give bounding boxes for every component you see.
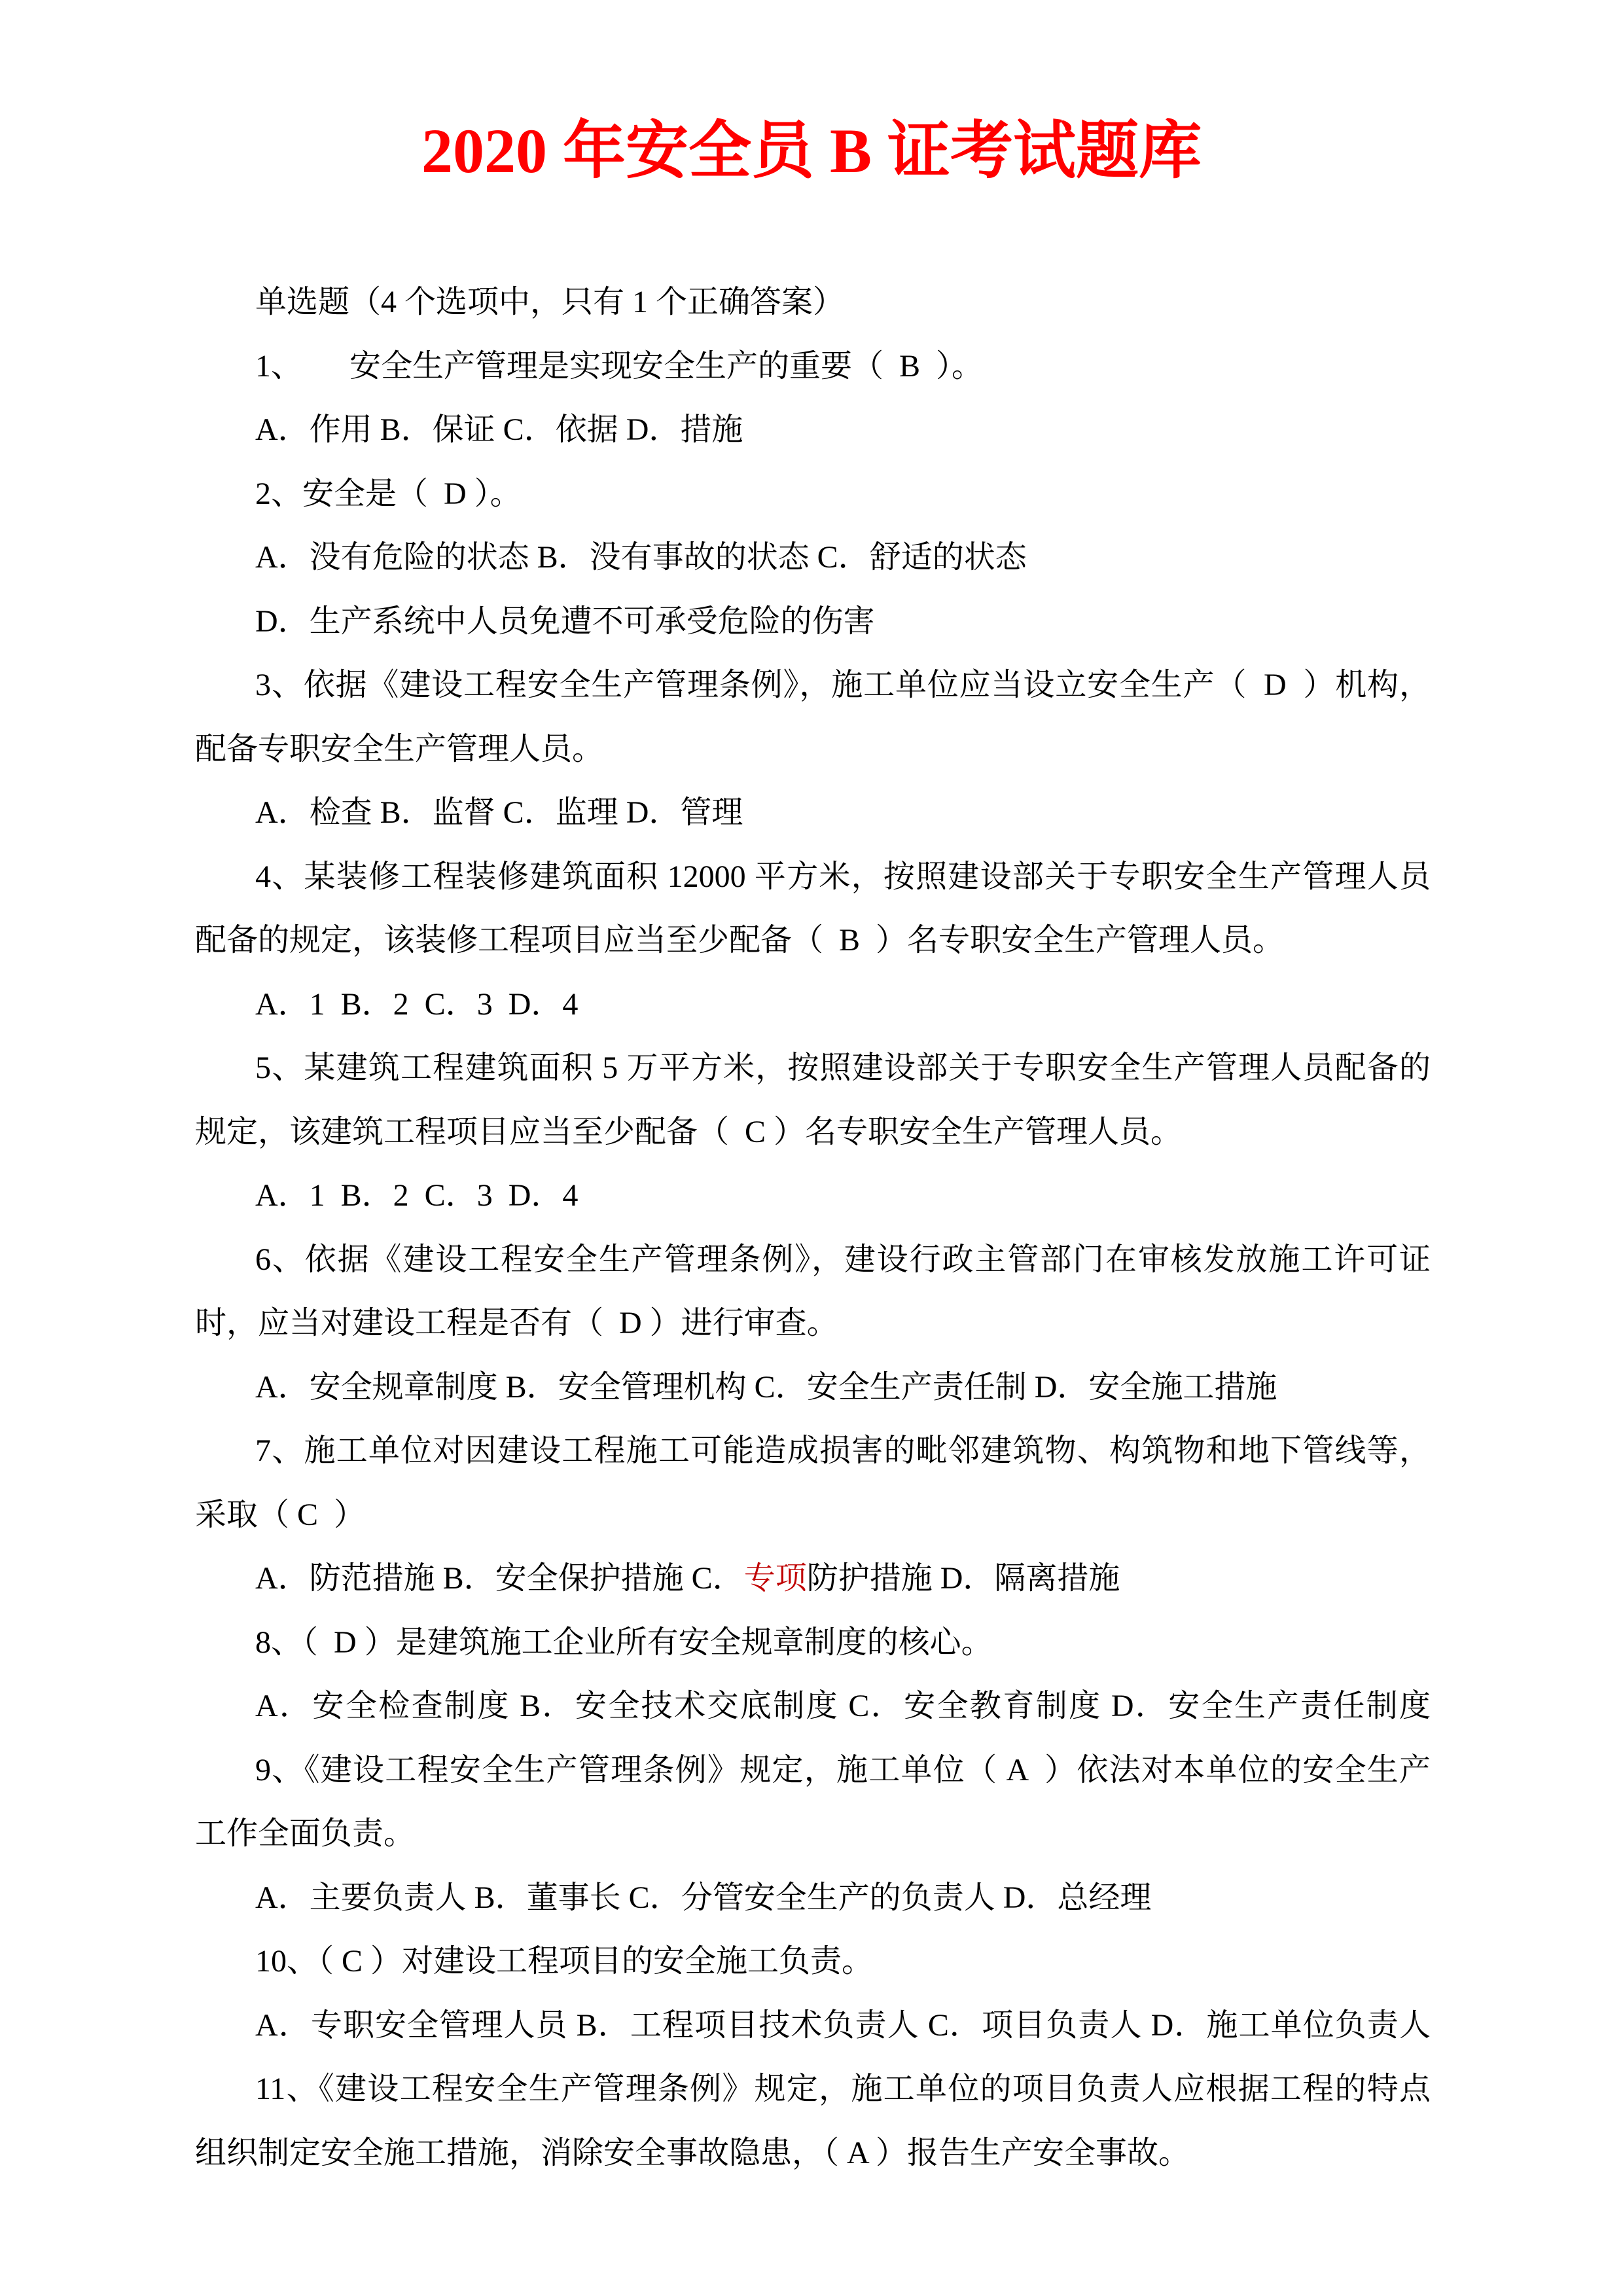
text-line: A．作用 B．保证 C．依据 D．措施 xyxy=(195,398,1431,462)
text-line: 规定，该建筑工程项目应当至少配备（ C ）名专职安全生产管理人员。 xyxy=(195,1100,1431,1164)
document-title: 2020 年安全员 B 证考试题库 xyxy=(0,117,1623,186)
text-line: 3、依据《建设工程安全生产管理条例》，施工单位应当设立安全生产（ D ）机构， xyxy=(195,653,1431,717)
text-line: A．1 B．2 C．3 D．4 xyxy=(195,1164,1431,1228)
text-line: A．没有危险的状态 B．没有事故的状态 C．舒适的状态 xyxy=(195,526,1431,590)
text-lines: 单选题（4 个选项中，只有 1 个正确答案）1、 安全生产管理是实现安全生产的重… xyxy=(195,270,1431,2185)
text-line: 组织制定安全施工措施，消除安全事故隐患，（ A ）报告生产安全事故。 xyxy=(195,2121,1431,2185)
text-line: 1、 安全生产管理是实现安全生产的重要（ B ）。 xyxy=(195,334,1431,399)
highlighted-text: 专项 xyxy=(744,1561,807,1596)
text-line: 时，应当对建设工程是否有（ D ）进行审查。 xyxy=(195,1291,1431,1355)
text-line: 配备专职安全生产管理人员。 xyxy=(195,717,1431,781)
exam-document-page: 2020 年安全员 B 证考试题库 单选题（4 个选项中，只有 1 个正确答案）… xyxy=(0,0,1623,2296)
text-line: 单选题（4 个选项中，只有 1 个正确答案） xyxy=(195,270,1431,334)
text-line: 7、施工单位对因建设工程施工可能造成损害的毗邻建筑物、构筑物和地下管线等， xyxy=(195,1419,1431,1483)
text-line: A．专职安全管理人员 B．工程项目技术负责人 C．项目负责人 D．施工单位负责人 xyxy=(195,1994,1431,2058)
text-line: 2、安全是（ D ）。 xyxy=(195,462,1431,526)
text-line: 10、（ C ）对建设工程项目的安全施工负责。 xyxy=(195,1929,1431,1994)
text-line: A．防范措施 B．安全保护措施 C．专项防护措施 D．隔离措施 xyxy=(195,1547,1431,1611)
text-line: A．检查 B．监督 C．监理 D．管理 xyxy=(195,781,1431,845)
text-line: A．安全规章制度 B．安全管理机构 C．安全生产责任制 D．安全施工措施 xyxy=(195,1355,1431,1420)
text-line: 工作全面负责。 xyxy=(195,1802,1431,1866)
text-line: 5、某建筑工程建筑面积 5 万平方米，按照建设部关于专职安全生产管理人员配备的 xyxy=(195,1036,1431,1100)
text-line: 11、《建设工程安全生产管理条例》规定，施工单位的项目负责人应根据工程的特点 xyxy=(195,2057,1431,2121)
text-line: 采取（ C ） xyxy=(195,1483,1431,1547)
text-segment: 防护措施 D．隔离措施 xyxy=(807,1561,1120,1596)
text-line: 配备的规定，该装修工程项目应当至少配备（ B ）名专职安全生产管理人员。 xyxy=(195,908,1431,973)
text-line: 4、某装修工程装修建筑面积 12000 平方米，按照建设部关于专职安全生产管理人… xyxy=(195,845,1431,909)
text-line: 9、《建设工程安全生产管理条例》规定，施工单位（ A ）依法对本单位的安全生产 xyxy=(195,1738,1431,1803)
text-line: 6、依据《建设工程安全生产管理条例》，建设行政主管部门在审核发放施工许可证 xyxy=(195,1228,1431,1292)
text-line: A．1 B．2 C．3 D．4 xyxy=(195,973,1431,1037)
text-line: A．主要负责人 B．董事长 C．分管安全生产的负责人 D．总经理 xyxy=(195,1866,1431,1930)
text-segment: A．防范措施 B．安全保护措施 C． xyxy=(255,1561,744,1596)
text-line: D．生产系统中人员免遭不可承受危险的伤害 xyxy=(195,590,1431,654)
text-line: 8、（ D ）是建筑施工企业所有安全规章制度的核心。 xyxy=(195,1611,1431,1675)
text-line: A．安全检查制度 B．安全技术交底制度 C．安全教育制度 D．安全生产责任制度 xyxy=(195,1674,1431,1738)
